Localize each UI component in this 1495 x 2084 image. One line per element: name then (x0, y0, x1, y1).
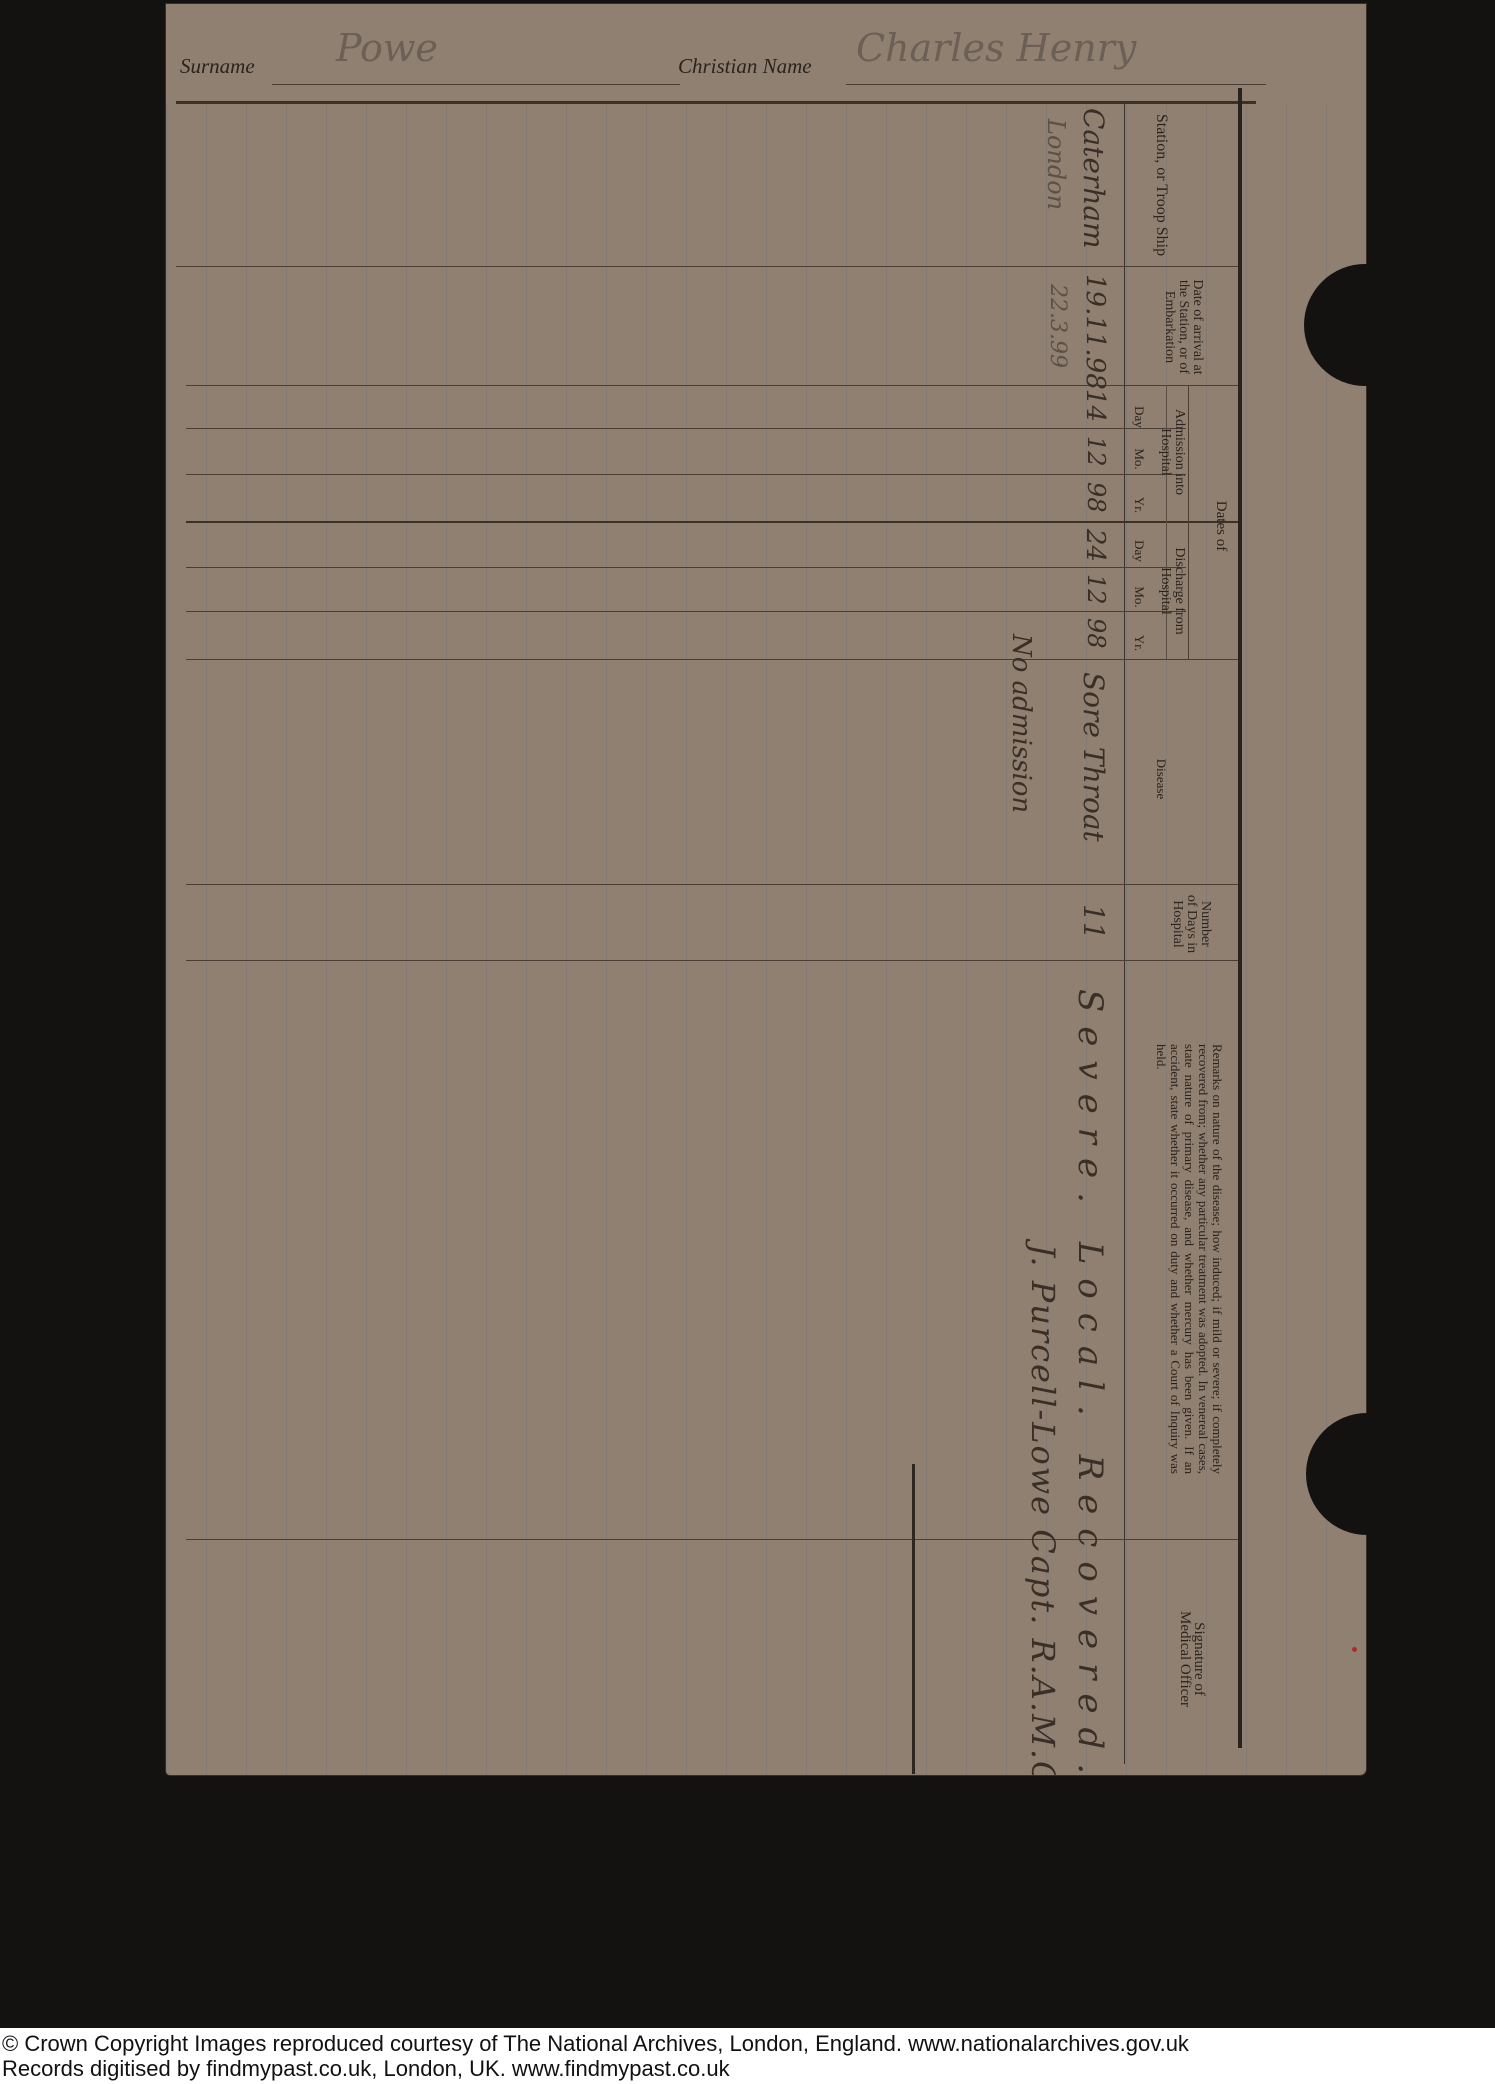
header-column-border (1238, 88, 1242, 1748)
entry1-discharge-day: 24 (1080, 529, 1110, 562)
signature-underline (912, 1464, 915, 1774)
copyright-line-1: © Crown Copyright Images reproduced cour… (2, 2032, 1189, 2056)
row-divider-adm-day (186, 428, 1186, 429)
entry2-disease: No admission (1006, 634, 1036, 813)
surname-underline (272, 84, 680, 85)
header-dis-yr: Yr. (1132, 628, 1146, 658)
header-arrival: Date of arrival at the Station, or of Em… (1162, 272, 1204, 382)
christian-name-value: Charles Henry (856, 26, 1136, 70)
header-dis-mo: Mo. (1132, 582, 1146, 612)
copyright-footer: © Crown Copyright Images reproduced cour… (0, 2028, 1495, 2084)
row-divider-adm-yr (186, 521, 1238, 523)
header-discharge: Discharge from Hospital (1158, 526, 1186, 656)
header-dis-day: Day (1132, 536, 1146, 566)
row-divider-station (176, 266, 1238, 267)
header-column-inner-border (1124, 104, 1125, 1764)
copyright-line-2: Records digitised by findmypast.co.uk, L… (2, 2057, 730, 2081)
row-divider-days (186, 960, 1238, 961)
header-dates-of: Dates of (1214, 456, 1228, 596)
entry1-discharge-yr: 98 (1082, 618, 1110, 649)
surname-label: Surname (180, 54, 255, 79)
header-disease: Disease (1154, 749, 1168, 809)
header-rule (176, 101, 1256, 104)
header-remarks: Remarks on nature of the disease; how in… (1154, 1044, 1224, 1474)
entry1-admission-mo: 12 (1082, 436, 1110, 467)
entry1-arrival-date: 19.11.98 (1080, 274, 1110, 390)
header-station: Station, or Troop Ship (1154, 110, 1168, 260)
row-divider-dis-yr (186, 659, 1238, 660)
entry1-disease: Sore Throat (1077, 672, 1110, 842)
row-divider-disease (186, 884, 1238, 885)
entry1-station: Caterham (1077, 108, 1110, 249)
header-admission: Admission into Hospital (1158, 390, 1186, 514)
christian-name-label: Christian Name (678, 54, 812, 79)
row-divider-dis-mo (186, 611, 1186, 612)
header-adm-yr: Yr. (1132, 490, 1146, 520)
row-divider-adm-mo (186, 474, 1186, 475)
row-divider-dis-day (186, 567, 1186, 568)
header-signature: Signature of Medical Officer (1178, 1599, 1206, 1719)
header-days-in-hospital: Number of Days in Hospital (1170, 894, 1212, 954)
surname-value: Powe (336, 26, 438, 70)
red-mark (1352, 1647, 1357, 1652)
entry2-arrival-date: 22.3.99 (1045, 284, 1070, 368)
entry1-admission-yr: 98 (1082, 482, 1110, 513)
dates-of-divider (1188, 385, 1189, 659)
entry2-station: London (1042, 119, 1070, 210)
record-sheet: Surname Powe Christian Name Charles Henr… (166, 4, 1366, 1775)
entry1-signature: J. Purcell-Lowe Capt. R.A.M.C. (1024, 1244, 1062, 1775)
entry1-remarks: Severe. Local. Recovered. (1070, 989, 1110, 1775)
entry1-days-in-hospital: 11 (1077, 904, 1110, 940)
entry1-discharge-mo: 12 (1082, 574, 1110, 605)
christian-name-underline (846, 84, 1266, 85)
entry1-admission-day: 14 (1080, 389, 1110, 422)
header-adm-mo: Mo. (1132, 444, 1146, 474)
header-adm-day: Day (1132, 402, 1146, 432)
